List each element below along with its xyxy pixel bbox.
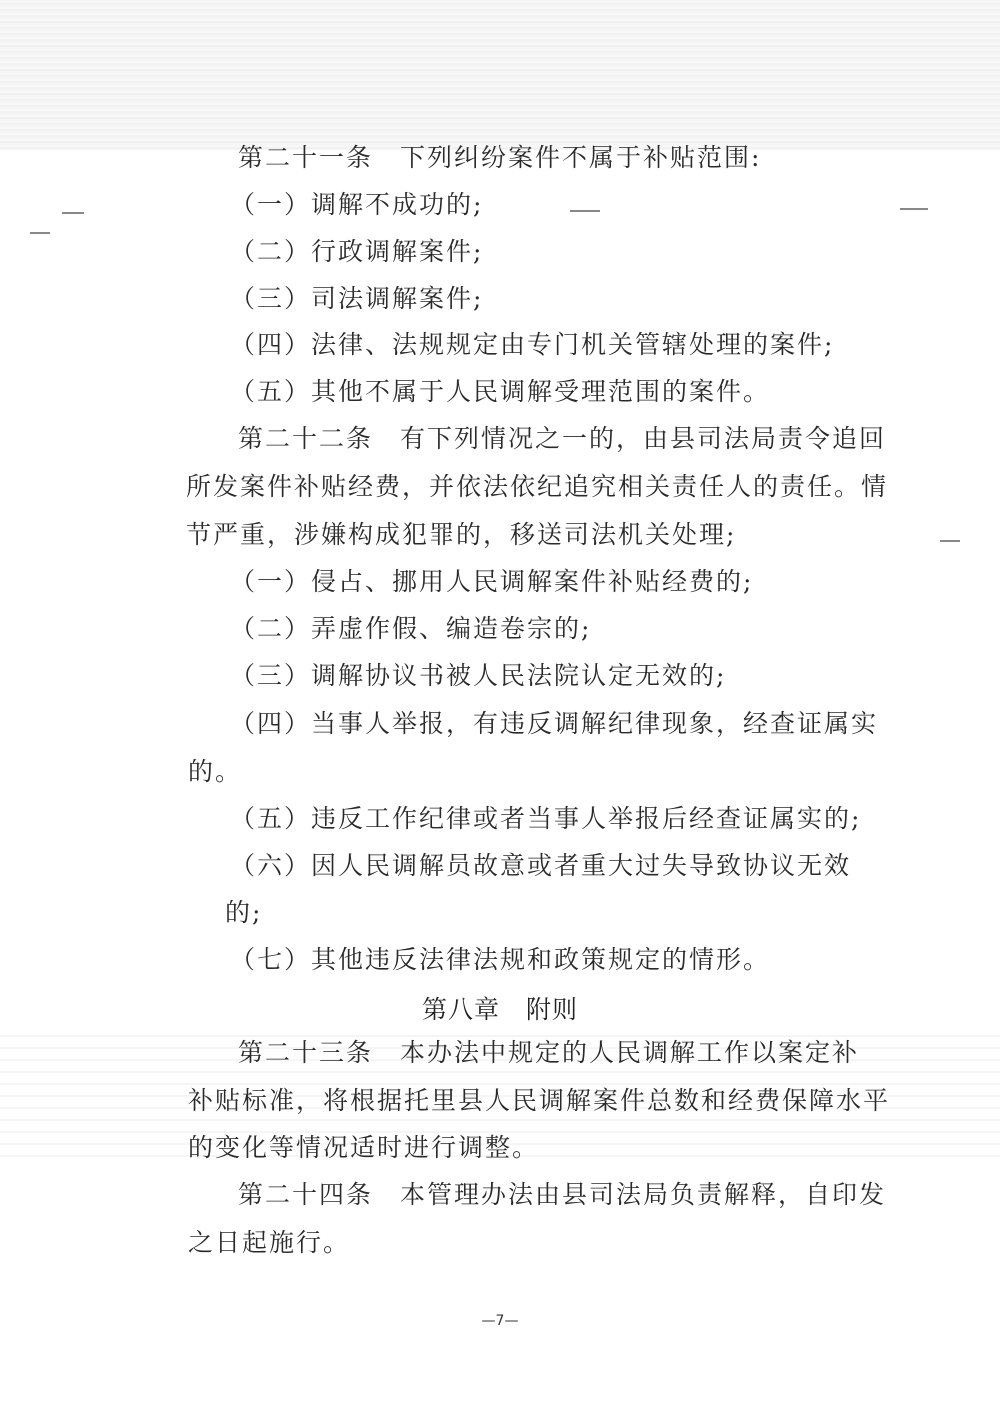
- article-22-item-6-cont: 的;: [225, 898, 262, 928]
- article-23-line-3: 的变化等情况适时进行调整。: [188, 1133, 539, 1163]
- article-22-line-2: 所发案件补贴经费，并依法依纪追究相关责任人的责任。情: [186, 472, 888, 502]
- article-21-item-5: （五）其他不属于人民调解受理范围的案件。: [230, 377, 770, 407]
- scan-noise-top: [0, 0, 1000, 150]
- page-number: —7—: [0, 1313, 1000, 1329]
- article-21-heading: 第二十一条 下列纠纷案件不属于补贴范围:: [238, 143, 761, 173]
- article-22-item-5: （五）违反工作纪律或者当事人举报后经查证属实的;: [230, 804, 861, 834]
- article-22-item-2: （二）弄虚作假、编造卷宗的;: [230, 614, 591, 644]
- article-21-item-1: （一）调解不成功的;: [230, 190, 483, 220]
- scan-speck: [900, 208, 928, 210]
- article-21-item-2: （二）行政调解案件;: [230, 237, 483, 267]
- article-22-item-6: （六）因人民调解员故意或者重大过失导致协议无效: [230, 851, 851, 881]
- scan-speck: [62, 212, 84, 214]
- article-21-item-4: （四）法律、法规规定由专门机关管辖处理的案件;: [230, 330, 834, 360]
- article-22-item-4-cont: 的。: [188, 757, 242, 787]
- article-22-item-7: （七）其他违反法律法规和政策规定的情形。: [230, 945, 770, 975]
- article-21-item-3: （三）司法调解案件;: [230, 284, 483, 314]
- article-22-item-4: （四）当事人举报，有违反调解纪律现象，经查证属实: [230, 709, 878, 739]
- article-23-line-1: 第二十三条 本办法中规定的人民调解工作以案定补: [238, 1038, 859, 1068]
- scan-speck: [570, 210, 600, 212]
- article-22-item-3: （三）调解协议书被人民法院认定无效的;: [230, 661, 726, 691]
- scan-speck: [940, 540, 960, 542]
- article-23-line-2: 补贴标准，将根据托里县人民调解案件总数和经费保障水平: [188, 1086, 890, 1116]
- chapter-8-title: 第八章 附则: [0, 990, 1000, 1026]
- article-24-line-1: 第二十四条 本管理办法由县司法局负责解释，自印发: [238, 1180, 886, 1210]
- article-22-line-1: 第二十二条 有下列情况之一的，由县司法局责令追回: [238, 424, 886, 454]
- article-22-line-3: 节严重，涉嫌构成犯罪的，移送司法机关处理;: [186, 520, 736, 550]
- article-24-line-2: 之日起施行。: [188, 1228, 350, 1258]
- scan-speck: [30, 232, 50, 234]
- article-22-item-1: （一）侵占、挪用人民调解案件补贴经费的;: [230, 567, 753, 597]
